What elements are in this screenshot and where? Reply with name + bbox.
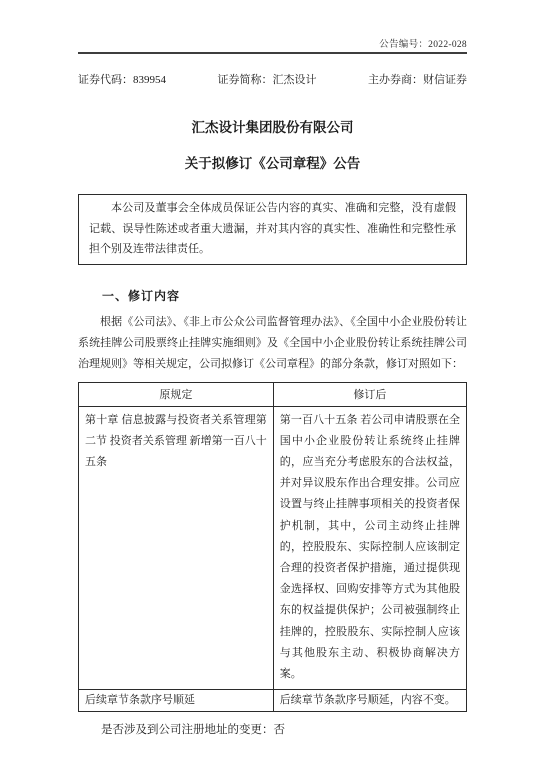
sponsor-broker-label: 主办券商： (368, 74, 423, 86)
securities-short-name: 证券简称：汇杰设计 (218, 71, 317, 87)
announcement-number: 公告编号：2022-028 (78, 0, 467, 50)
column-header-original: 原规定 (79, 382, 274, 406)
table-header-row: 原规定 修订后 (79, 382, 467, 406)
header-rule (78, 52, 467, 54)
revised-provision-cell: 后续章节条款序号顺延，内容不变。 (273, 690, 466, 712)
column-header-revised: 修订后 (273, 382, 466, 406)
securities-info-row: 证券代码：839954 证券简称：汇杰设计 主办券商：财信证券 (78, 71, 467, 87)
revision-intro-paragraph: 根据《公司法》、《非上市公众公司监督管理办法》、《全国中小企业股份转让系统挂牌公… (78, 312, 467, 375)
sponsor-broker-value: 财信证券 (423, 74, 467, 86)
securities-short-name-value: 汇杰设计 (273, 74, 317, 86)
page-content: 公告编号：2022-028 证券代码：839954 证券简称：汇杰设计 主办券商… (78, 0, 467, 737)
section-heading-revision-content: 一、修订内容 (78, 287, 467, 304)
table-row: 后续章节条款序号顺延 后续章节条款序号顺延，内容不变。 (79, 690, 467, 712)
original-provision-cell: 第十章 信息披露与投资者关系管理第二节 投资者关系管理 新增第一百八十五条 (79, 406, 274, 690)
securities-short-name-label: 证券简称： (218, 74, 273, 86)
company-name-title: 汇杰设计集团股份有限公司 (78, 116, 467, 136)
securities-code-label: 证券代码： (78, 74, 133, 86)
disclaimer-text: 本公司及董事会全体成员保证公告内容的真实、准确和完整，没有虚假记载、误导性陈述或… (89, 198, 456, 260)
revised-provision-cell: 第一百八十五条 若公司申请股票在全国中小企业股份转让系统终止挂牌的，应当充分考虑… (273, 406, 466, 690)
table-row: 第十章 信息披露与投资者关系管理第二节 投资者关系管理 新增第一百八十五条 第一… (79, 406, 467, 690)
securities-code-value: 839954 (133, 74, 166, 86)
original-provision-cell: 后续章节条款序号顺延 (79, 690, 274, 712)
announcement-title: 关于拟修订《公司章程》公告 (78, 152, 467, 172)
disclaimer-box: 本公司及董事会全体成员保证公告内容的真实、准确和完整，没有虚假记载、误导性陈述或… (78, 194, 467, 265)
securities-code: 证券代码：839954 (78, 71, 166, 87)
registered-address-change-note: 是否涉及到公司注册地址的变更：否 (78, 721, 467, 737)
revision-comparison-table: 原规定 修订后 第十章 信息披露与投资者关系管理第二节 投资者关系管理 新增第一… (78, 382, 467, 713)
sponsor-broker: 主办券商：财信证券 (368, 71, 467, 87)
document-page: 公告编号：2022-028 证券代码：839954 证券简称：汇杰设计 主办券商… (0, 0, 545, 771)
